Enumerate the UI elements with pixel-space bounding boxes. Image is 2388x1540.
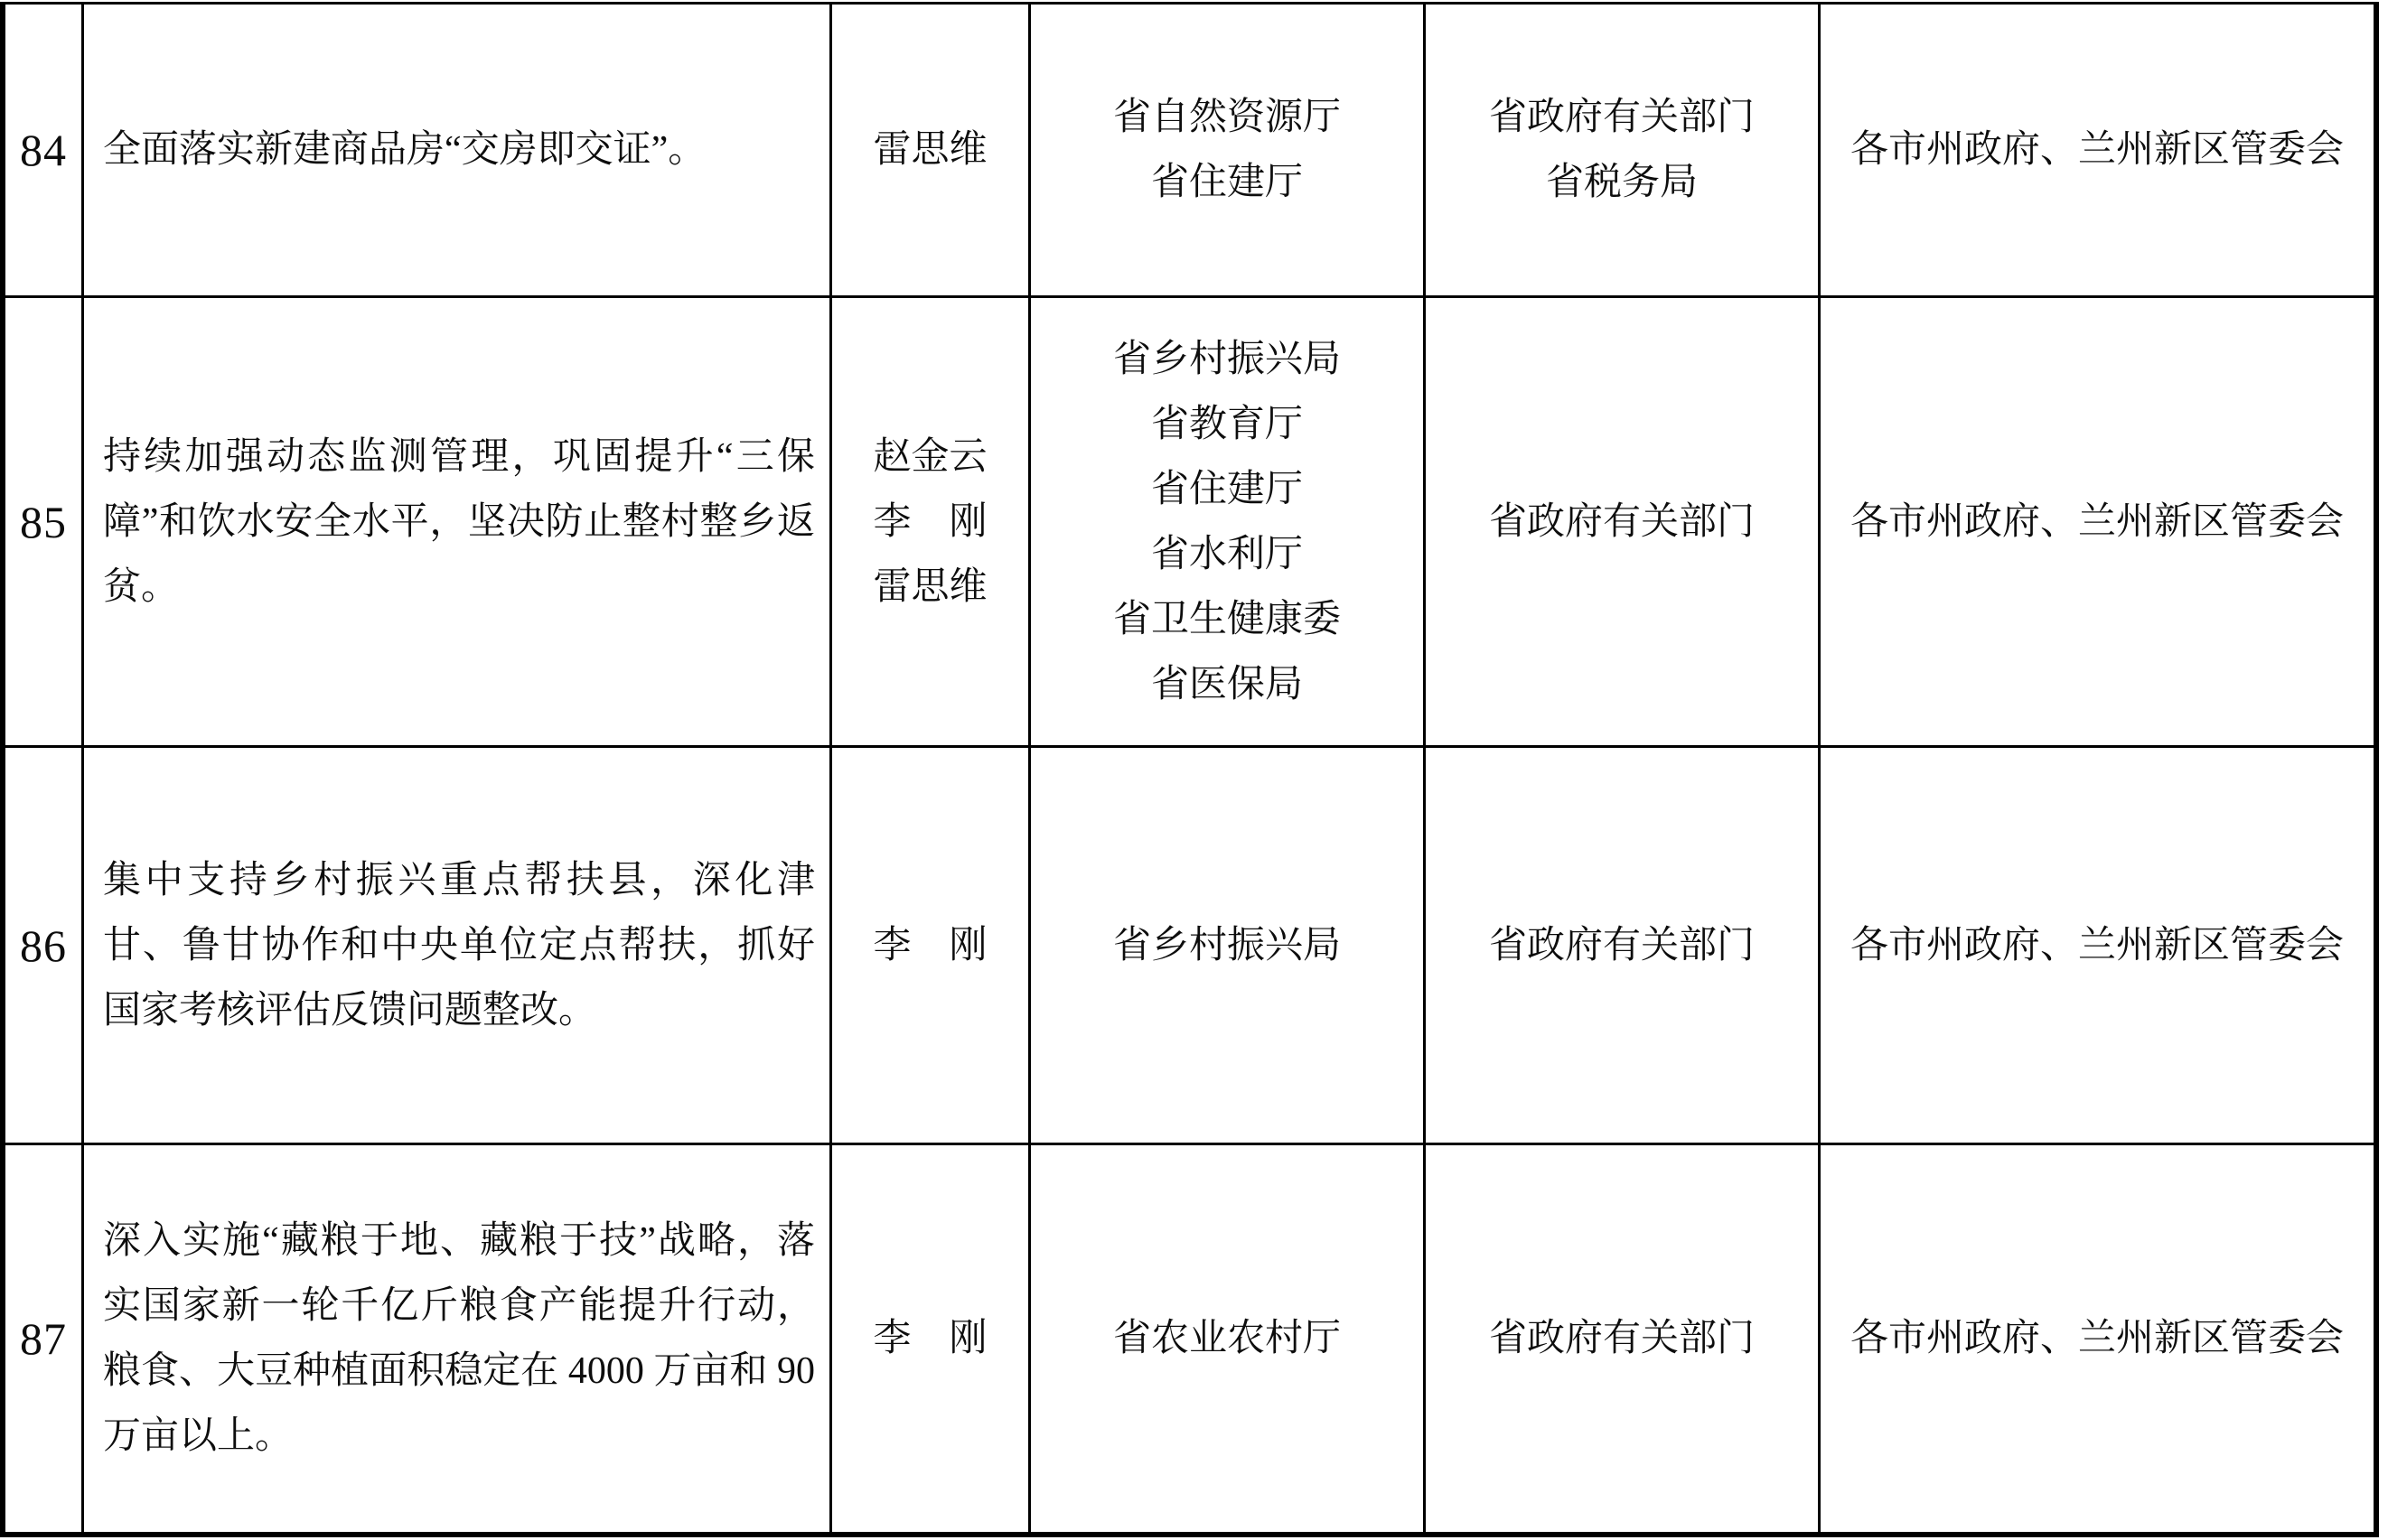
related-dept-item: 省政府有关部门 <box>1489 1306 1755 1371</box>
implementers-cell: 各市州政府、兰州新区管委会 <box>1821 5 2374 298</box>
leaders-cell: 李 刚 <box>832 748 1031 1145</box>
department-item: 省农业农村厅 <box>1113 1306 1341 1371</box>
leaders-cell: 赵金云 李 刚 雷思维 <box>832 298 1031 748</box>
task-text: 集中支持乡村振兴重点帮扶县，深化津甘、鲁甘协作和中央单位定点帮扶，抓好国家考核评… <box>84 848 829 1043</box>
leader-name: 李 刚 <box>873 1306 987 1371</box>
row-number: 85 <box>20 496 67 548</box>
row-number: 87 <box>20 1312 67 1365</box>
implementers-cell: 各市州政府、兰州新区管委会 <box>1821 1145 2374 1532</box>
related-dept-item: 省政府有关部门 <box>1489 490 1755 555</box>
leader-name: 赵金云 <box>873 425 987 490</box>
leader-name: 雷思维 <box>873 117 987 182</box>
leaders-cell: 雷思维 <box>832 5 1031 298</box>
row-number-cell: 86 <box>5 748 84 1145</box>
task-text: 深入实施“藏粮于地、藏粮于技”战略，落实国家新一轮千亿斤粮食产能提升行动，粮食、… <box>84 1209 829 1469</box>
related-depts-cell: 省政府有关部门 <box>1426 1145 1821 1532</box>
related-depts-cell: 省政府有关部门 <box>1426 298 1821 748</box>
row-number-cell: 87 <box>5 1145 84 1532</box>
related-dept-item: 省政府有关部门 <box>1489 913 1755 978</box>
departments-cell: 省乡村振兴局 省教育厅 省住建厅 省水利厅 省卫生健康委 省医保局 <box>1031 298 1426 748</box>
task-cell: 持续加强动态监测管理，巩固提升“三保障”和饮水安全水平，坚决防止整村整乡返贫。 <box>84 298 832 748</box>
leader-name: 雷思维 <box>873 555 987 620</box>
row-number-cell: 85 <box>5 298 84 748</box>
department-item: 省医保局 <box>1151 652 1303 717</box>
department-item: 省住建厅 <box>1151 457 1303 522</box>
implementers-cell: 各市州政府、兰州新区管委会 <box>1821 748 2374 1145</box>
department-item: 省水利厅 <box>1151 522 1303 587</box>
related-depts-cell: 省政府有关部门 <box>1426 748 1821 1145</box>
department-item: 省自然资源厅 <box>1113 85 1341 150</box>
task-cell: 深入实施“藏粮于地、藏粮于技”战略，落实国家新一轮千亿斤粮食产能提升行动，粮食、… <box>84 1145 832 1532</box>
task-text: 持续加强动态监测管理，巩固提升“三保障”和饮水安全水平，坚决防止整村整乡返贫。 <box>84 425 829 620</box>
leaders-cell: 李 刚 <box>832 1145 1031 1532</box>
related-dept-item: 省政府有关部门 <box>1489 85 1755 150</box>
departments-cell: 省自然资源厅 省住建厅 <box>1031 5 1426 298</box>
task-cell: 集中支持乡村振兴重点帮扶县，深化津甘、鲁甘协作和中央单位定点帮扶，抓好国家考核评… <box>84 748 832 1145</box>
department-item: 省教育厅 <box>1151 392 1303 457</box>
leader-name: 李 刚 <box>873 913 987 978</box>
implementer-item: 各市州政府、兰州新区管委会 <box>1850 117 2344 182</box>
implementer-item: 各市州政府、兰州新区管委会 <box>1850 1306 2344 1371</box>
department-item: 省住建厅 <box>1151 150 1303 215</box>
row-number-cell: 84 <box>5 5 84 298</box>
implementers-cell: 各市州政府、兰州新区管委会 <box>1821 298 2374 748</box>
implementer-item: 各市州政府、兰州新区管委会 <box>1850 490 2344 555</box>
department-item: 省卫生健康委 <box>1113 587 1341 652</box>
leader-name: 李 刚 <box>873 490 987 555</box>
related-depts-cell: 省政府有关部门 省税务局 <box>1426 5 1821 298</box>
implementer-item: 各市州政府、兰州新区管委会 <box>1850 913 2344 978</box>
related-dept-item: 省税务局 <box>1546 150 1698 215</box>
departments-cell: 省乡村振兴局 <box>1031 748 1426 1145</box>
task-table: 84 全面落实新建商品房“交房即交证”。 雷思维 省自然资源厅 省住建厅 省政府… <box>0 2 2379 1537</box>
department-item: 省乡村振兴局 <box>1113 913 1341 978</box>
department-item: 省乡村振兴局 <box>1113 327 1341 392</box>
row-number: 86 <box>20 919 67 972</box>
departments-cell: 省农业农村厅 <box>1031 1145 1426 1532</box>
task-cell: 全面落实新建商品房“交房即交证”。 <box>84 5 832 298</box>
row-number: 84 <box>20 124 67 176</box>
task-text: 全面落实新建商品房“交房即交证”。 <box>84 117 829 182</box>
